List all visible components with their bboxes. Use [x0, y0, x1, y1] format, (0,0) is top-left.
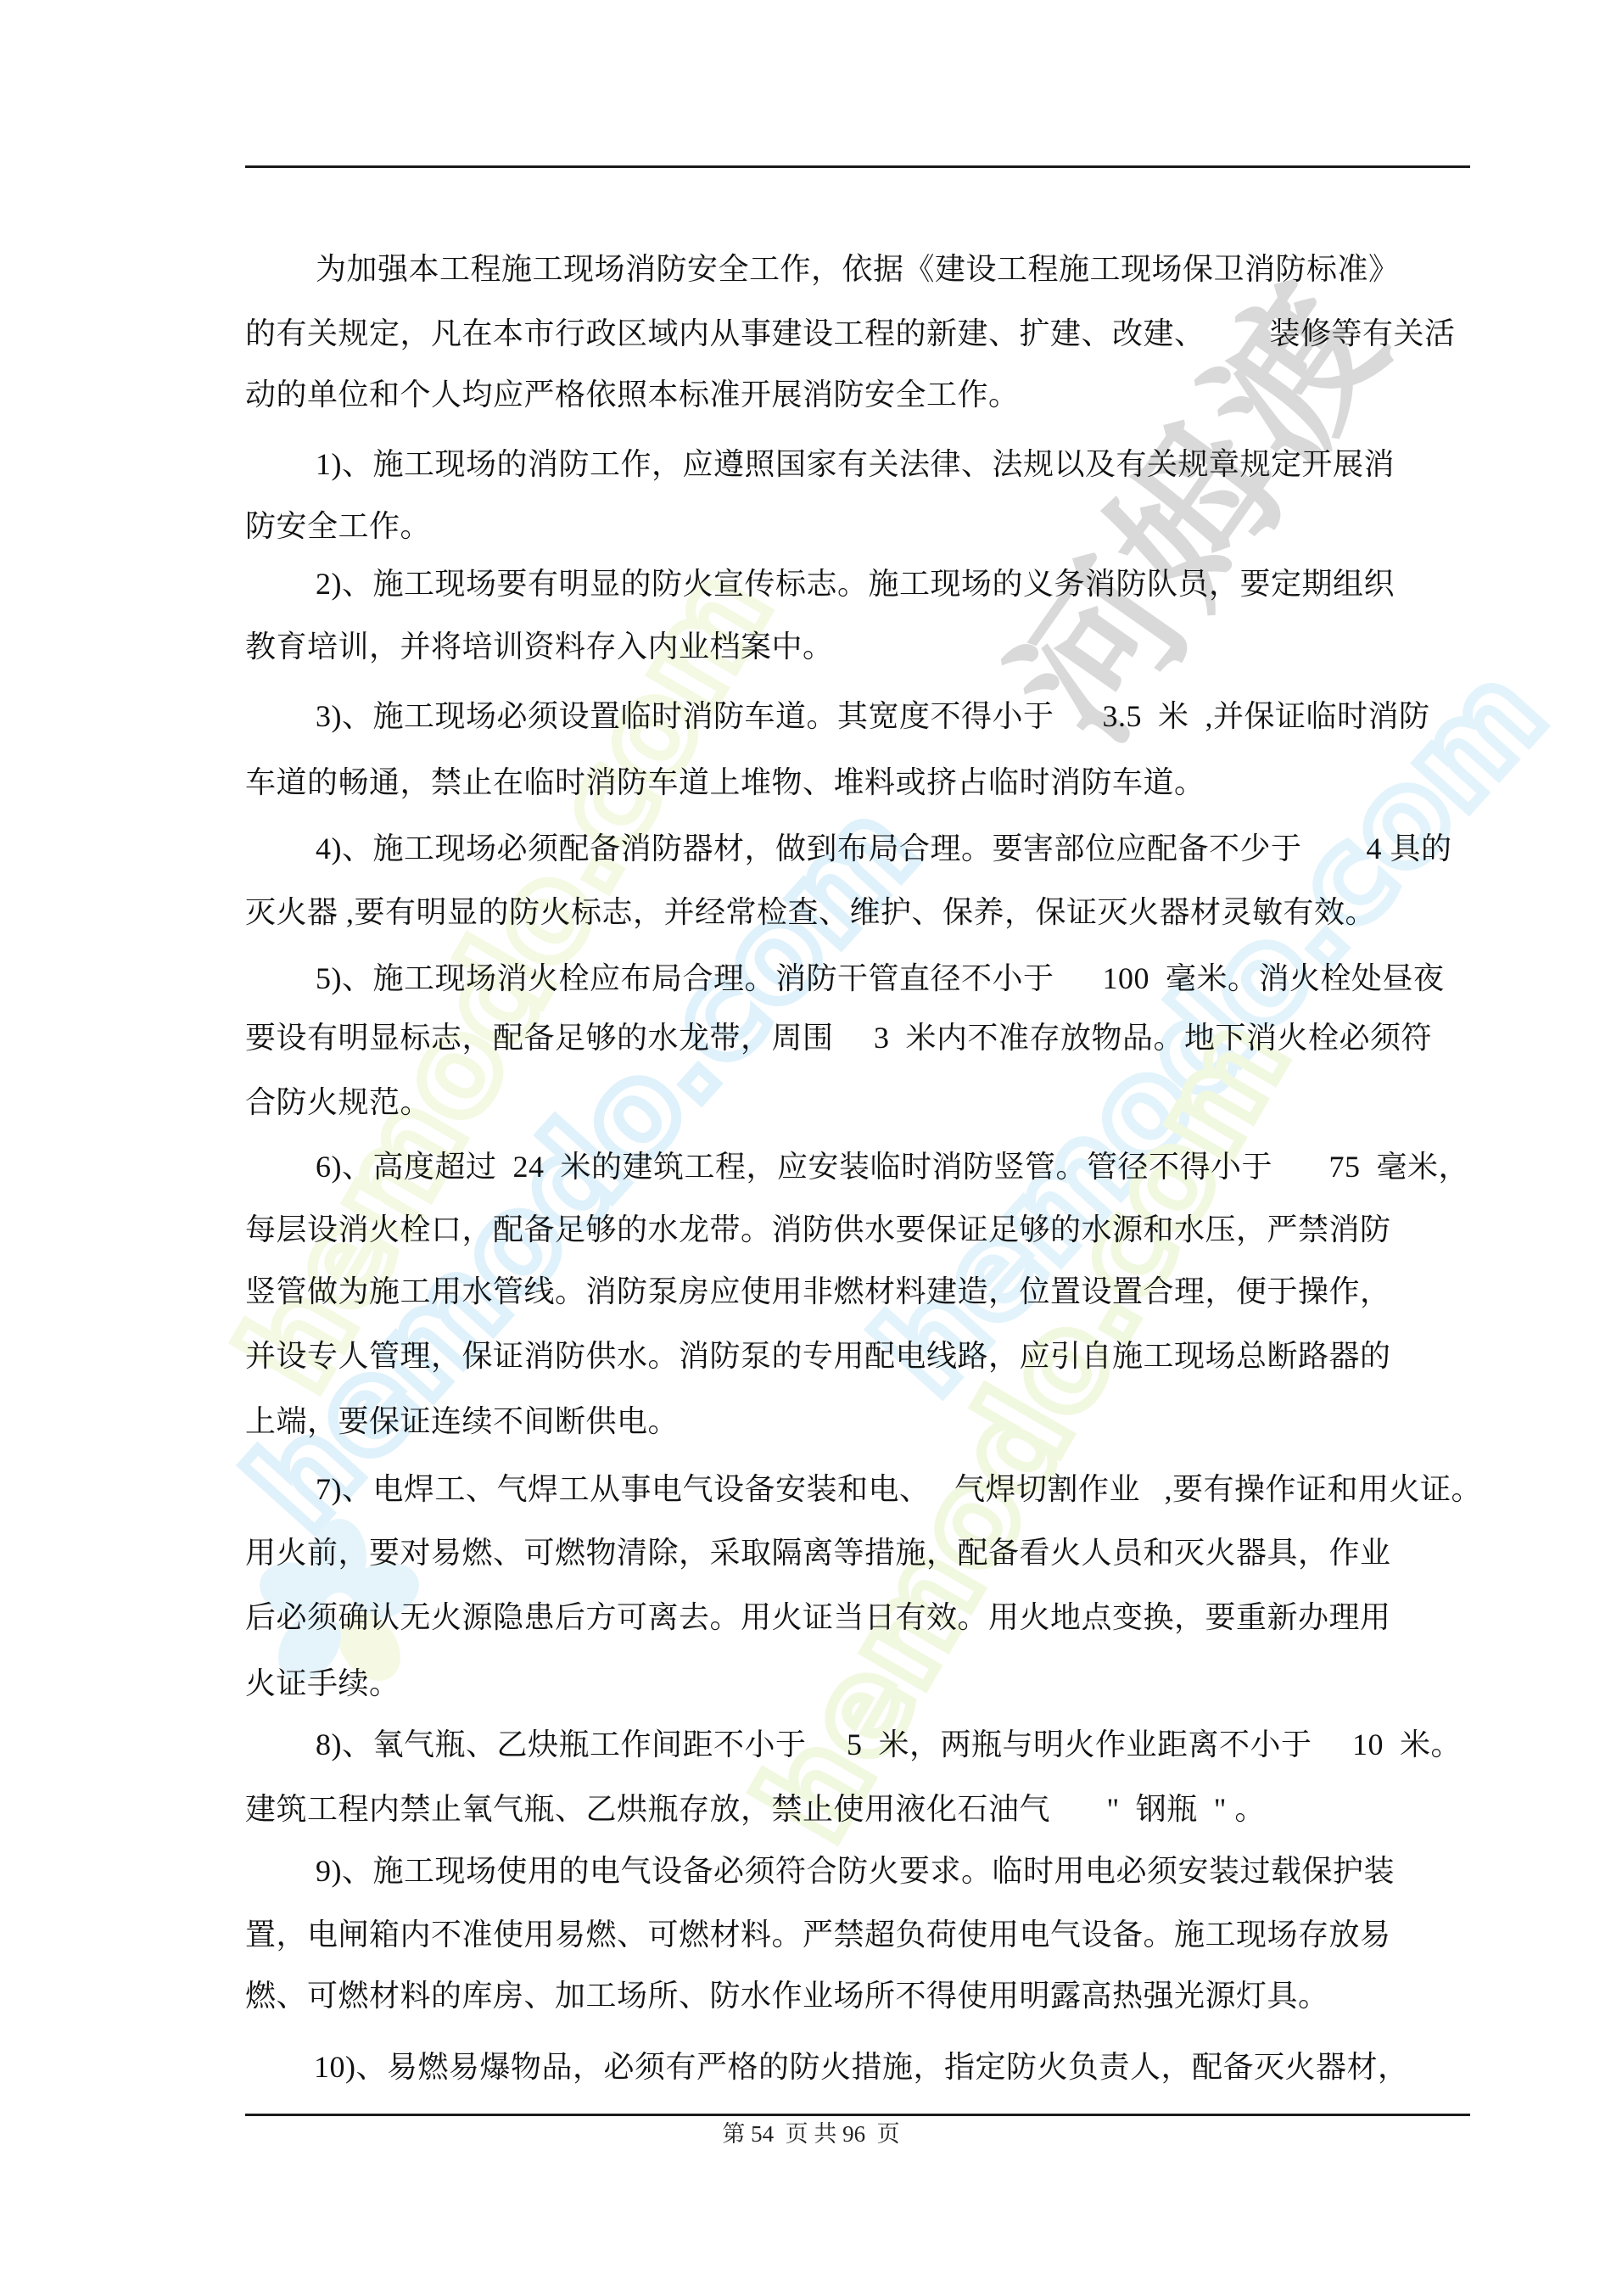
list-item-line: 1)、施工现场的消防工作，应遵照国家有关法律、法规以及有关规章规定开展消	[316, 445, 1395, 483]
list-item-line: 车道的畅通，禁止在临时消防车道上堆物、堆料或挤占临时消防车道。	[245, 764, 1205, 801]
list-item-line: 8)、氧气瓶、乙炔瓶工作间距不小于 5 米，两瓶与明火作业距离不小于 10 米。	[316, 1726, 1462, 1763]
list-item-line: 用火前，要对易燃、可燃物清除，采取隔离等措施，配备看火人员和灭火器具，作业	[245, 1534, 1391, 1571]
list-item-line: 火证手续。	[245, 1665, 400, 1702]
watermark-gray-text: 河姆渡	[950, 227, 1432, 777]
list-item-line: 3)、施工现场必须设置临时消防车道。其宽度不得小于 3.5 米 ,并保证临时消防	[316, 697, 1430, 735]
list-item-line: 防安全工作。	[245, 507, 431, 545]
list-item-line: 灭火器 ,要有明显的防火标志，并经常检查、维护、保养，保证灭火器材灵敏有效。	[245, 893, 1376, 931]
list-item-line: 建筑工程内禁止氧气瓶、乙烘瓶存放，禁止使用液化石油气 " 钢瓶 " 。	[245, 1790, 1266, 1828]
list-item-line: 竖管做为施工用水管线。消防泵房应使用非燃材料建造，位置设置合理，便于操作，	[245, 1273, 1391, 1310]
header-rule	[245, 165, 1470, 168]
list-item-line: 后必须确认无火源隐患后方可离去。用火证当日有效。用火地点变换，要重新办理用	[245, 1599, 1391, 1636]
list-item-line: 燃、可燃材料的库房、加工场所、防水作业场所不得使用明露高热强光源灯具。	[245, 1977, 1329, 2014]
list-item-line: 上端，要保证连续不间断供电。	[245, 1403, 679, 1440]
list-item-line: 要设有明显标志，配备足够的水龙带，周围 3 米内不准存放物品。地下消火栓必须符	[245, 1019, 1432, 1056]
list-item-line: 4)、施工现场必须配备消防器材，做到布局合理。要害部位应配备不少于 4 具的	[316, 830, 1452, 867]
list-item-line: 并设专人管理，保证消防供水。消防泵的专用配电线路，应引自施工现场总断路器的	[245, 1337, 1391, 1375]
list-item-line: 合防火规范。	[245, 1084, 431, 1121]
list-item-line: 2)、施工现场要有明显的防火宣传标志。施工现场的义务消防队员，要定期组织	[316, 565, 1395, 602]
list-item-line: 9)、施工现场使用的电气设备必须符合防火要求。临时用电必须安装过载保护装	[316, 1852, 1395, 1890]
list-item-line: 教育培训，并将培训资料存入内业档案中。	[245, 628, 834, 665]
list-item-line: 6)、高度超过 24 米的建筑工程，应安装临时消防竖管。管径不得小于 75 毫米…	[316, 1148, 1469, 1185]
paragraph-line: 动的单位和个人均应严格依照本标准开展消防安全工作。	[245, 376, 1020, 413]
footer-rule	[245, 2114, 1470, 2116]
paragraph-line: 为加强本工程施工现场消防安全工作，依据《建设工程施工现场保卫消防标准》	[316, 250, 1400, 288]
list-item-line: 每层设消火栓口，配备足够的水龙带。消防供水要保证足够的水源和水压，严禁消防	[245, 1211, 1391, 1248]
list-item-line: 置，电闸箱内不准使用易燃、可燃材料。严禁超负荷使用电气设备。施工现场存放易	[245, 1916, 1391, 1953]
page-number: 第 54 页 共 96 页	[0, 2120, 1622, 2148]
document-page: hemodo.com hemodo.com hemodo.com hemodo.…	[0, 0, 1622, 2296]
paragraph-line: 的有关规定，凡在本市行政区域内从事建设工程的新建、扩建、改建、 装修等有关活	[245, 315, 1456, 352]
list-item-line: 5)、施工现场消火栓应布局合理。消防干管直径不小于 100 毫米。消火栓处昼夜	[316, 960, 1445, 997]
list-item-line: 7)、电焊工、气焊工从事电气设备安装和电、 气焊切割作业 ,要有操作证和用火证。	[316, 1470, 1482, 1508]
list-item-line: 10)、易燃易爆物品，必须有严格的防火措施，指定防火负责人，配备灭火器材，	[314, 2048, 1409, 2086]
